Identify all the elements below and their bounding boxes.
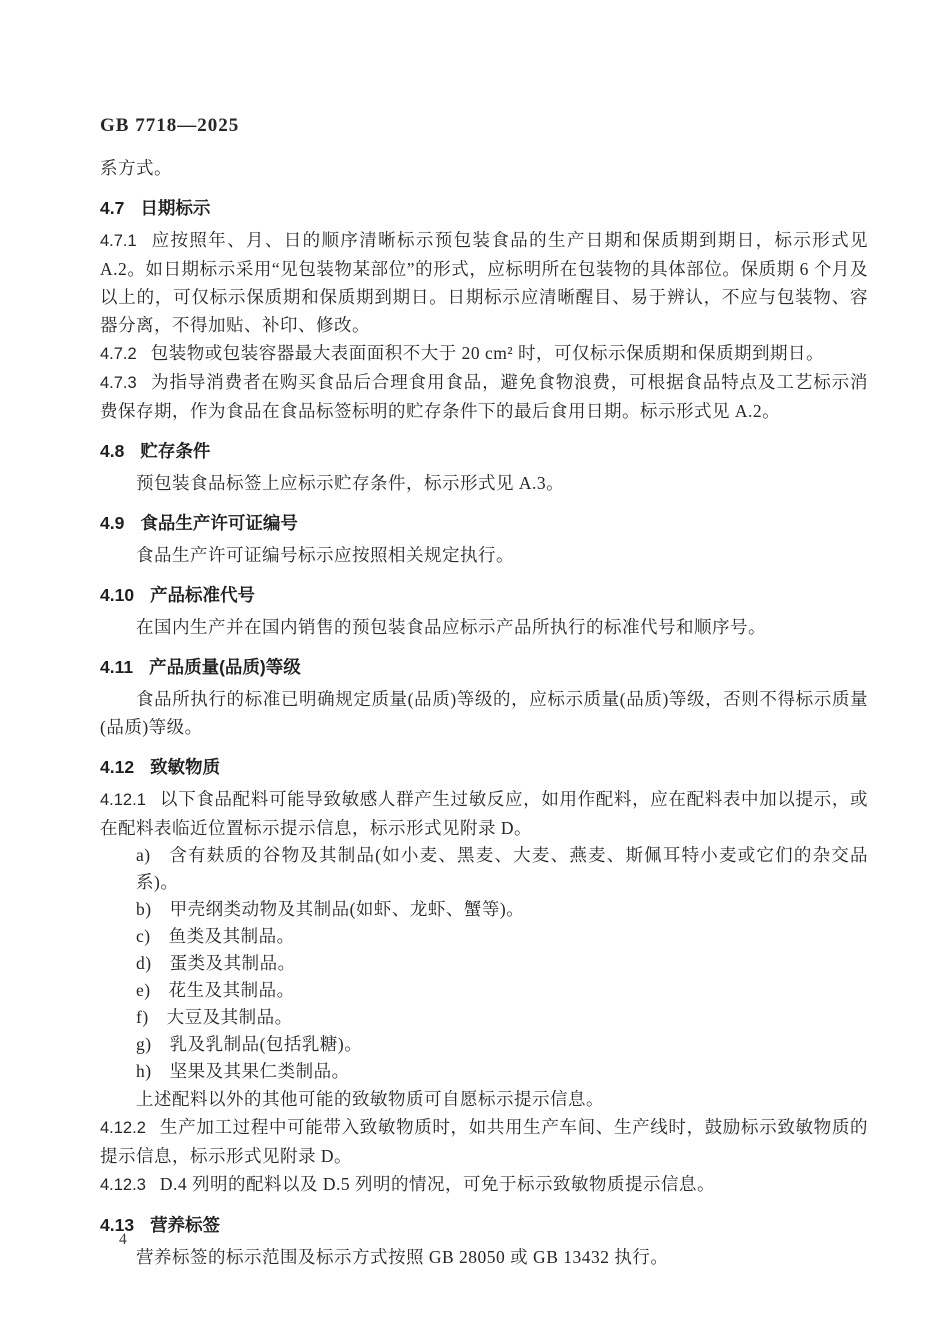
section-heading-4-8: 4.8贮存条件	[100, 439, 868, 463]
clause-text: 生产加工过程中可能带入致敏物质时，如共用生产车间、生产线时，鼓励标示致敏物质的提…	[100, 1117, 868, 1166]
section-title: 产品标准代号	[150, 585, 255, 605]
section-heading-4-7: 4.7日期标示	[100, 196, 868, 220]
page-content: GB 7718—2025 系方式。 4.7日期标示 4.7.1应按照年、月、日的…	[100, 0, 868, 1271]
allergen-list-item: b)甲壳纲类动物及其制品(如虾、龙虾、蟹等)。	[100, 896, 868, 923]
clause-4-12-1: 4.12.1以下食品配料可能导致敏感人群产生过敏反应，如用作配料，应在配料表中加…	[100, 785, 868, 842]
paragraph-4-10: 在国内生产并在国内销售的预包装食品应标示产品所执行的标准代号和顺序号。	[100, 613, 868, 641]
document-page: GB 7718—2025 系方式。 4.7日期标示 4.7.1应按照年、月、日的…	[0, 0, 950, 1343]
clause-text: 应按照年、月、日的顺序清晰标示预包装食品的生产日期和保质期到期日，标示形式见 A…	[100, 230, 868, 335]
paragraph-4-8: 预包装食品标签上应标示贮存条件，标示形式见 A.3。	[100, 469, 868, 497]
section-heading-4-12: 4.12致敏物质	[100, 755, 868, 779]
allergen-list-item: h)坚果及其果仁类制品。	[100, 1058, 868, 1085]
paragraph-4-13: 营养标签的标示范围及标示方式按照 GB 28050 或 GB 13432 执行。	[100, 1243, 868, 1271]
section-number: 4.13	[100, 1215, 134, 1235]
section-number: 4.8	[100, 441, 124, 461]
clause-number: 4.12.2	[100, 1119, 146, 1137]
clause-number: 4.7.1	[100, 232, 137, 250]
clause-number: 4.12.3	[100, 1176, 146, 1194]
list-item-text: 蛋类及其制品。	[170, 953, 296, 973]
list-item-label: a)	[136, 845, 151, 865]
clause-number: 4.12.1	[100, 791, 146, 809]
allergen-list-item: f)大豆及其制品。	[100, 1004, 868, 1031]
clause-number: 4.7.3	[100, 374, 137, 392]
clause-text: 为指导消费者在购买食品后合理食用食品，避免食物浪费，可根据食品特点及工艺标示消费…	[100, 372, 868, 421]
allergen-list-item: g)乳及乳制品(包括乳糖)。	[100, 1031, 868, 1058]
section-title: 致敏物质	[150, 757, 220, 777]
list-item-label: h)	[136, 1061, 152, 1081]
section-heading-4-13: 4.13营养标签	[100, 1213, 868, 1237]
continuation-paragraph: 系方式。	[100, 154, 868, 182]
section-title: 产品质量(品质)等级	[149, 657, 301, 677]
list-item-text: 乳及乳制品(包括乳糖)。	[170, 1034, 363, 1054]
list-item-text: 大豆及其制品。	[167, 1007, 293, 1027]
paragraph-4-9: 食品生产许可证编号标示应按照相关规定执行。	[100, 541, 868, 569]
section-number: 4.10	[100, 585, 134, 605]
list-item-label: g)	[136, 1034, 152, 1054]
allergen-list-item: d)蛋类及其制品。	[100, 950, 868, 977]
allergen-list-item: e)花生及其制品。	[100, 977, 868, 1004]
allergen-list-item: c)鱼类及其制品。	[100, 923, 868, 950]
list-item-text: 甲壳纲类动物及其制品(如虾、龙虾、蟹等)。	[170, 899, 525, 919]
list-item-label: b)	[136, 899, 152, 919]
clause-text: 包装物或包装容器最大表面面积不大于 20 cm² 时，可仅标示保质期和保质期到期…	[151, 343, 824, 363]
list-item-label: f)	[136, 1007, 149, 1027]
voluntary-labeling-note: 上述配料以外的其他可能的致敏物质可自愿标示提示信息。	[100, 1085, 868, 1113]
standard-number-header: GB 7718—2025	[100, 114, 868, 138]
list-item-text: 鱼类及其制品。	[169, 926, 295, 946]
clause-text: 以下食品配料可能导致敏感人群产生过敏反应，如用作配料，应在配料表中加以提示，或在…	[100, 789, 868, 838]
section-number: 4.9	[100, 513, 124, 533]
page-number: 4	[119, 1231, 127, 1249]
list-item-label: c)	[136, 926, 151, 946]
list-item-label: d)	[136, 953, 152, 973]
clause-4-7-1: 4.7.1应按照年、月、日的顺序清晰标示预包装食品的生产日期和保质期到期日，标示…	[100, 226, 868, 339]
clause-number: 4.7.2	[100, 345, 137, 363]
paragraph-4-11: 食品所执行的标准已明确规定质量(品质)等级的，应标示质量(品质)等级，否则不得标…	[100, 685, 868, 741]
section-title: 日期标示	[140, 198, 210, 218]
section-number: 4.12	[100, 757, 134, 777]
clause-4-7-3: 4.7.3为指导消费者在购买食品后合理食用食品，避免食物浪费，可根据食品特点及工…	[100, 368, 868, 425]
section-number: 4.11	[100, 657, 133, 677]
clause-text: D.4 列明的配料以及 D.5 列明的情况，可免于标示致敏物质提示信息。	[160, 1174, 715, 1194]
list-item-label: e)	[136, 980, 151, 1000]
section-title: 食品生产许可证编号	[140, 513, 298, 533]
section-title: 贮存条件	[140, 441, 210, 461]
list-item-text: 含有麸质的谷物及其制品(如小麦、黑麦、大麦、燕麦、斯佩耳特小麦或它们的杂交品系)…	[136, 845, 868, 892]
allergen-list-item: a)含有麸质的谷物及其制品(如小麦、黑麦、大麦、燕麦、斯佩耳特小麦或它们的杂交品…	[100, 842, 868, 896]
clause-4-12-2: 4.12.2生产加工过程中可能带入致敏物质时，如共用生产车间、生产线时，鼓励标示…	[100, 1113, 868, 1170]
clause-4-12-3: 4.12.3D.4 列明的配料以及 D.5 列明的情况，可免于标示致敏物质提示信…	[100, 1170, 868, 1199]
section-heading-4-11: 4.11产品质量(品质)等级	[100, 655, 868, 679]
list-item-text: 花生及其制品。	[169, 980, 295, 1000]
section-title: 营养标签	[150, 1215, 220, 1235]
section-heading-4-10: 4.10产品标准代号	[100, 583, 868, 607]
section-number: 4.7	[100, 198, 124, 218]
list-item-text: 坚果及其果仁类制品。	[170, 1061, 350, 1081]
clause-4-7-2: 4.7.2包装物或包装容器最大表面面积不大于 20 cm² 时，可仅标示保质期和…	[100, 339, 868, 368]
section-heading-4-9: 4.9食品生产许可证编号	[100, 511, 868, 535]
